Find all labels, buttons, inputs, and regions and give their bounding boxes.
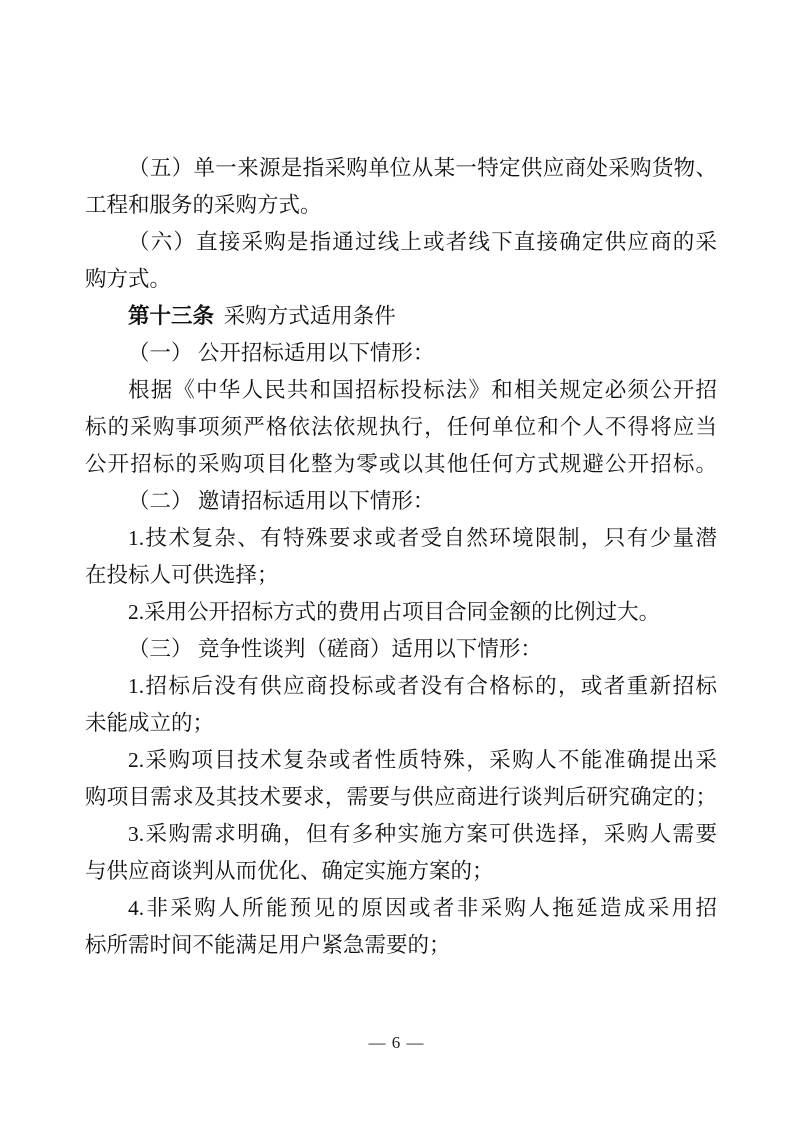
text-line: （五）单一来源是指采购单位从某一特定供应商处采购货物、 bbox=[85, 150, 717, 187]
article-title: 采购方式适用条件 bbox=[224, 304, 396, 328]
text-line: 购方式。 bbox=[85, 261, 717, 298]
document-body: （五）单一来源是指采购单位从某一特定供应商处采购货物、 工程和服务的采购方式。 … bbox=[85, 150, 717, 964]
article-heading-line: 第十三条采购方式适用条件 bbox=[85, 298, 717, 335]
text-line: 未能成立的； bbox=[85, 705, 717, 742]
text-line: 在投标人可供选择； bbox=[85, 557, 717, 594]
text-line: 标的采购事项须严格依法依规执行，任何单位和个人不得将应当 bbox=[85, 409, 717, 446]
text-line: （二） 邀请招标适用以下情形： bbox=[85, 483, 717, 520]
text-line: 根据《中华人民共和国招标投标法》和相关规定必须公开招 bbox=[85, 372, 717, 409]
text-line: （三） 竞争性谈判（磋商）适用以下情形： bbox=[85, 631, 717, 668]
text-line: 购项目需求及其技术要求，需要与供应商进行谈判后研究确定的； bbox=[85, 779, 717, 816]
text-line: （六）直接采购是指通过线上或者线下直接确定供应商的采 bbox=[85, 224, 717, 261]
text-line: （一） 公开招标适用以下情形： bbox=[85, 335, 717, 372]
text-line: 工程和服务的采购方式。 bbox=[85, 187, 717, 224]
text-line: 1.招标后没有供应商投标或者没有合格标的，或者重新招标 bbox=[85, 668, 717, 705]
document-page: （五）单一来源是指采购单位从某一特定供应商处采购货物、 工程和服务的采购方式。 … bbox=[0, 0, 793, 1122]
text-line: 3.采购需求明确，但有多种实施方案可供选择，采购人需要 bbox=[85, 816, 717, 853]
article-number: 第十三条 bbox=[128, 304, 214, 328]
text-line: 1.技术复杂、有特殊要求或者受自然环境限制，只有少量潜 bbox=[85, 520, 717, 557]
text-line: 2.采用公开招标方式的费用占项目合同金额的比例过大。 bbox=[85, 594, 717, 631]
text-line: 与供应商谈判从而优化、确定实施方案的； bbox=[85, 853, 717, 890]
text-line: 2.采购项目技术复杂或者性质特殊，采购人不能准确提出采 bbox=[85, 742, 717, 779]
page-number: — 6 — bbox=[369, 1033, 425, 1052]
text-line: 4.非采购人所能预见的原因或者非采购人拖延造成采用招 bbox=[85, 890, 717, 927]
text-line: 标所需时间不能满足用户紧急需要的； bbox=[85, 927, 717, 964]
page-footer: — 6 — bbox=[0, 1031, 793, 1055]
text-line: 公开招标的采购项目化整为零或以其他任何方式规避公开招标。 bbox=[85, 446, 717, 483]
